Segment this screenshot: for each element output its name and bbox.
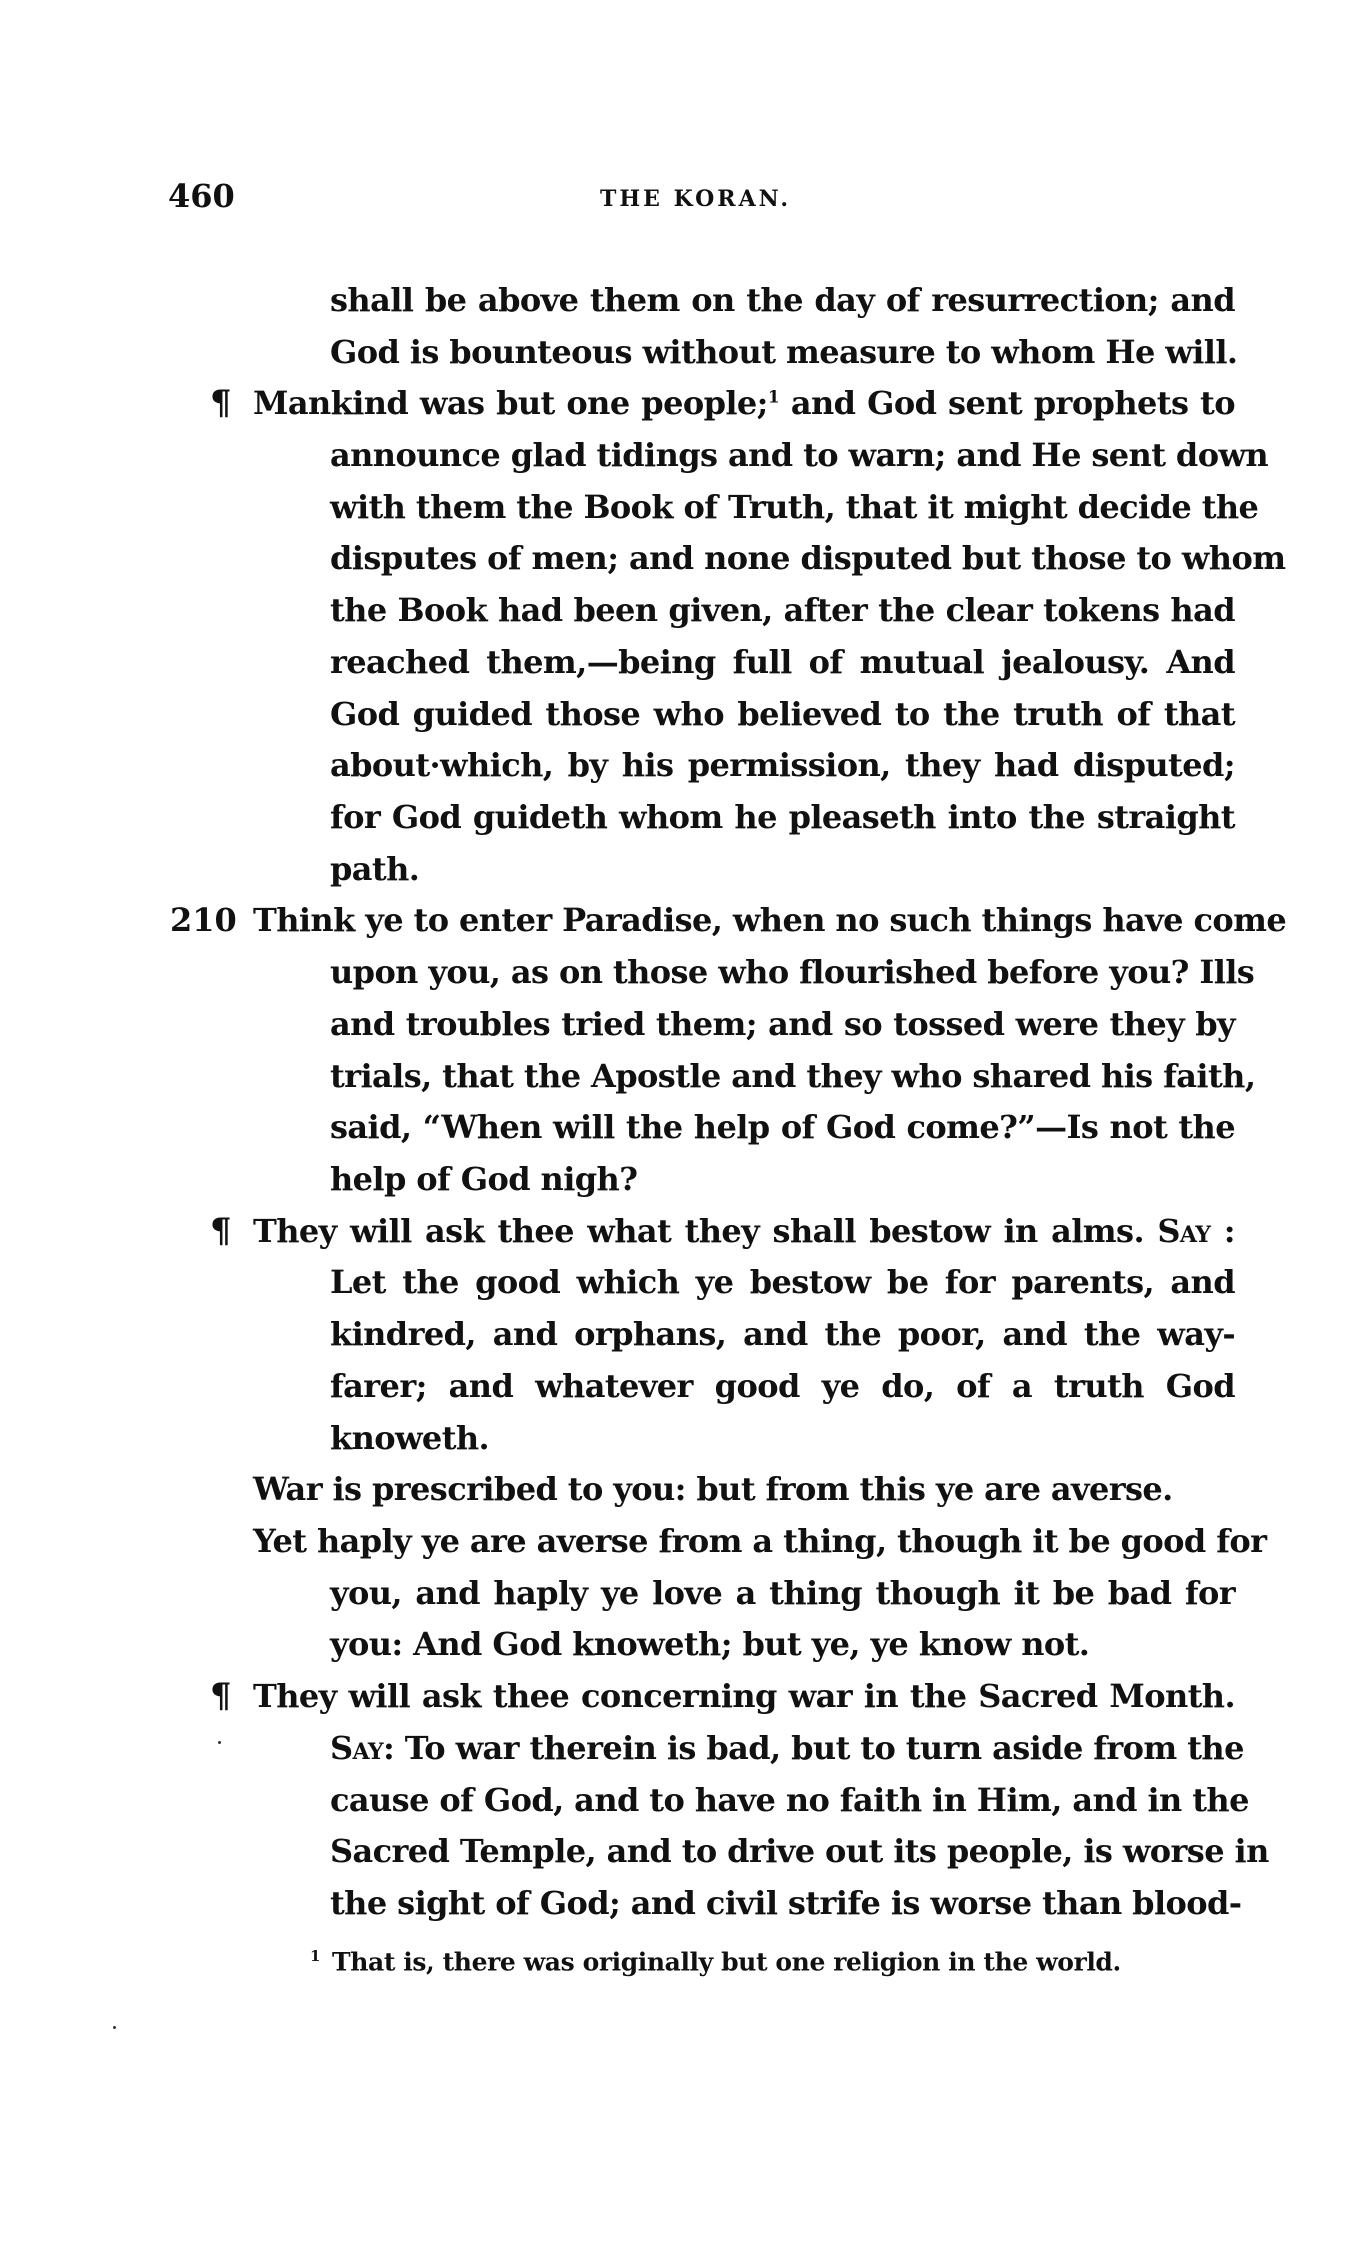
- text-line: They will ask thee concerning war in the…: [253, 1670, 1235, 1722]
- text-line: shall be above them on the day of resurr…: [330, 274, 1235, 326]
- text-line: path.: [330, 843, 1235, 895]
- pilcrow-icon: ¶: [210, 1205, 232, 1257]
- text-line: trials, that the Apostle and they who sh…: [330, 1050, 1235, 1102]
- text-line: about·which, by his permission, they had…: [330, 739, 1235, 791]
- scan-speck: [218, 1741, 221, 1744]
- footnote-marker: 1: [310, 1947, 320, 1965]
- text-line: for God guideth whom he pleaseth into th…: [330, 791, 1235, 843]
- text-line: disputes of men; and none disputed but t…: [330, 532, 1235, 584]
- text-line: kindred, and orphans, and the poor, and …: [330, 1308, 1235, 1360]
- text-line: God is bounteous without measure to whom…: [330, 326, 1235, 378]
- text-line: help of God nigh?: [330, 1153, 1235, 1205]
- text-fragment: Mankind was but one people;: [253, 384, 768, 422]
- text-fragment: and God sent prophets to: [791, 384, 1235, 422]
- text-line: Yet haply ye are averse from a thing, th…: [253, 1515, 1235, 1567]
- verse-number: 210: [170, 894, 237, 946]
- text-line: Let the good which ye bestow be for pare…: [330, 1256, 1235, 1308]
- pilcrow-icon: ¶: [210, 377, 232, 429]
- text-line: and troubles tried them; and so tossed w…: [330, 998, 1235, 1050]
- say-word: Say: [1157, 1212, 1210, 1250]
- text-line: you: And God knoweth; but ye, ye know no…: [330, 1618, 1235, 1670]
- page-number: 460: [168, 176, 235, 216]
- text-line: you, and haply ye love a thing though it…: [330, 1567, 1235, 1619]
- text-line: Think ye to enter Paradise, when no such…: [253, 894, 1235, 946]
- text-line: with them the Book of Truth, that it mig…: [330, 481, 1235, 533]
- pilcrow-icon: ¶: [210, 1670, 232, 1722]
- text-line: reached them,—being full of mutual jealo…: [330, 636, 1235, 688]
- colon: :: [1224, 1212, 1235, 1250]
- text-line: knoweth.: [330, 1412, 1235, 1464]
- text-fragment: They will ask thee what they shall besto…: [253, 1212, 1144, 1250]
- text-line: cause of God, and to have no faith in Hi…: [330, 1774, 1235, 1826]
- text-line: Sacred Temple, and to drive out its peop…: [330, 1825, 1235, 1877]
- footnote-reference[interactable]: 1: [768, 387, 779, 407]
- text-line: announce glad tidings and to warn; and H…: [330, 429, 1235, 481]
- footnote-text: That is, there was originally but one re…: [332, 1947, 1121, 1976]
- text-line: the sight of God; and civil strife is wo…: [330, 1877, 1235, 1929]
- say-word: Say: [330, 1729, 383, 1767]
- footnote: 1That is, there was originally but one r…: [310, 1936, 1121, 1982]
- text-line: They will ask thee what they shall besto…: [253, 1205, 1235, 1257]
- text-line: God guided those who believed to the tru…: [330, 688, 1235, 740]
- running-title: THE KORAN.: [600, 184, 791, 214]
- text-line: War is prescribed to you: but from this …: [253, 1463, 1235, 1515]
- text-line: said, “When will the help of God come?”—…: [330, 1101, 1235, 1153]
- say-label: Say :: [1157, 1212, 1235, 1250]
- scan-speck: [113, 2026, 116, 2029]
- text-line: Say: To war therein is bad, but to turn …: [330, 1722, 1235, 1774]
- text-fragment: : To war therein is bad, but to turn asi…: [383, 1729, 1244, 1767]
- text-line: the Book had been given, after the clear…: [330, 584, 1235, 636]
- text-line: upon you, as on those who flourished bef…: [330, 946, 1235, 998]
- text-line: farer; and whatever good ye do, of a tru…: [330, 1360, 1235, 1412]
- text-line: Mankind was but one people;1 and God sen…: [253, 377, 1235, 429]
